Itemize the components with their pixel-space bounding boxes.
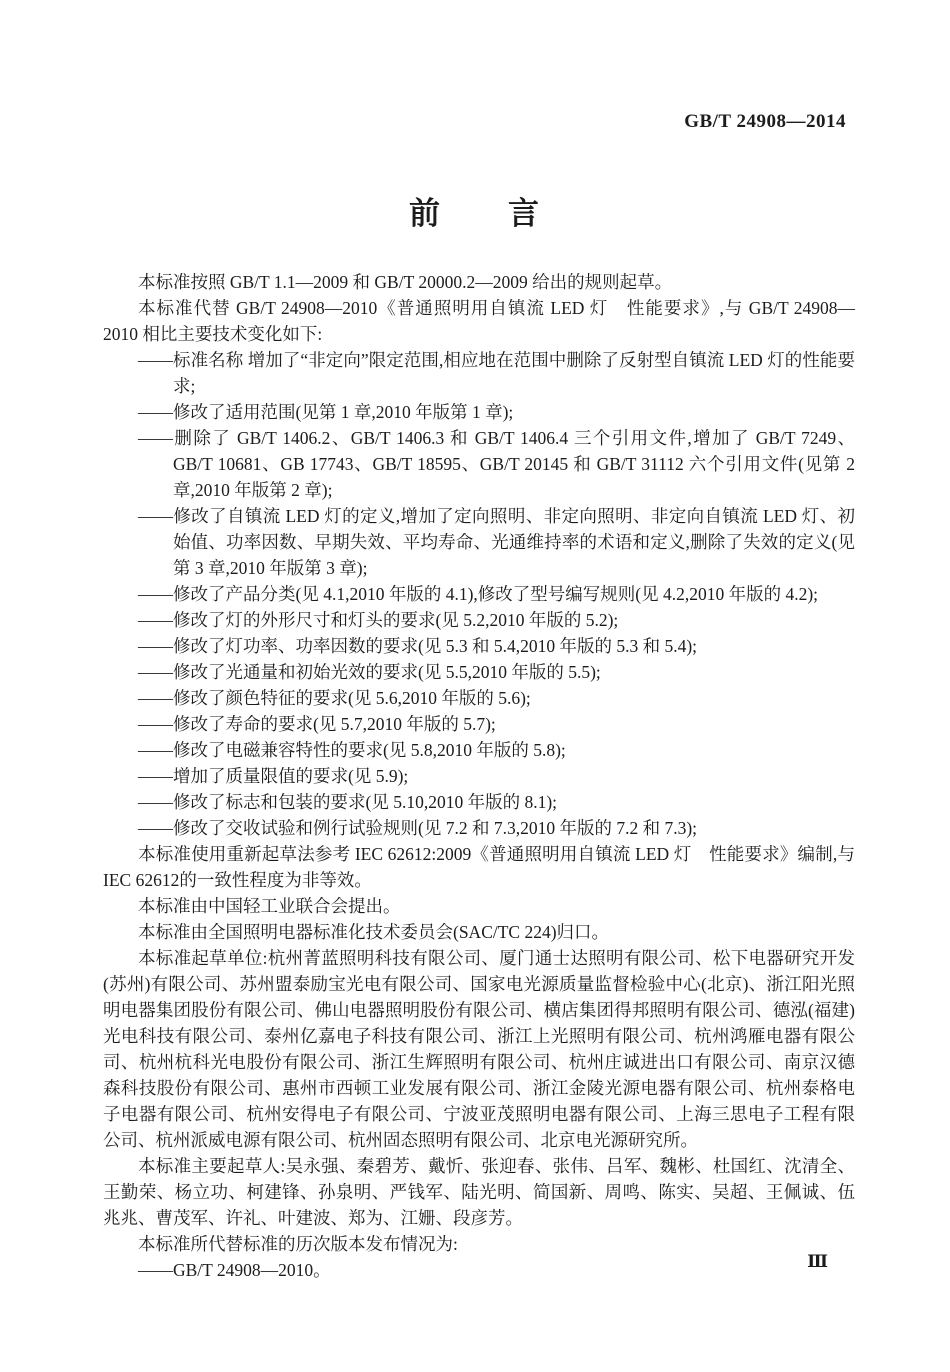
document-body: 本标准按照 GB/T 1.1—2009 和 GB/T 20000.2—2009 … xyxy=(103,269,855,1283)
page-title: 前 言 xyxy=(0,188,950,233)
change-list-item: ——修改了光通量和初始光效的要求(见 5.5,2010 年版的 5.5); xyxy=(103,659,855,685)
body-paragraph: 本标准代替 GB/T 24908—2010《普通照明用自镇流 LED 灯 性能要… xyxy=(103,295,855,347)
change-list-item: ——修改了颜色特征的要求(见 5.6,2010 年版的 5.6); xyxy=(103,685,855,711)
change-list-item: ——修改了标志和包装的要求(见 5.10,2010 年版的 8.1); xyxy=(103,789,855,815)
change-list-item: ——修改了电磁兼容特性的要求(见 5.8,2010 年版的 5.8); xyxy=(103,737,855,763)
change-list-item: ——修改了灯功率、功率因数的要求(见 5.3 和 5.4,2010 年版的 5.… xyxy=(103,633,855,659)
body-paragraph: 本标准由全国照明电器标准化技术委员会(SAC/TC 224)归口。 xyxy=(103,919,855,945)
body-paragraph: 本标准按照 GB/T 1.1—2009 和 GB/T 20000.2—2009 … xyxy=(103,269,855,295)
change-list-item: ——增加了质量限值的要求(见 5.9); xyxy=(103,763,855,789)
page-number: Ⅲ xyxy=(807,1252,828,1272)
change-list-item: ——修改了产品分类(见 4.1,2010 年版的 4.1),修改了型号编写规则(… xyxy=(103,581,855,607)
change-list-item: ——GB/T 24908—2010。 xyxy=(103,1257,855,1283)
change-list-item: ——修改了自镇流 LED 灯的定义,增加了定向照明、非定向照明、非定向自镇流 L… xyxy=(103,503,855,581)
standard-code: GB/T 24908—2014 xyxy=(684,111,846,133)
body-paragraph: 本标准所代替标准的历次版本发布情况为: xyxy=(103,1231,855,1257)
change-list-item: ——修改了交收试验和例行试验规则(见 7.2 和 7.3,2010 年版的 7.… xyxy=(103,815,855,841)
body-paragraph: 本标准由中国轻工业联合会提出。 xyxy=(103,893,855,919)
body-paragraph: 本标准起草单位:杭州菁蓝照明科技有限公司、厦门通士达照明有限公司、松下电器研究开… xyxy=(103,945,855,1153)
change-list-item: ——修改了适用范围(见第 1 章,2010 年版第 1 章); xyxy=(103,399,855,425)
document-page: GB/T 24908—2014 前 言 本标准按照 GB/T 1.1—2009 … xyxy=(0,0,950,1372)
change-list-item: ——标准名称 增加了“非定向”限定范围,相应地在范围中删除了反射型自镇流 LED… xyxy=(103,347,855,399)
change-list-item: ——删除了 GB/T 1406.2、GB/T 1406.3 和 GB/T 140… xyxy=(103,425,855,503)
body-paragraph: 本标准主要起草人:吴永强、秦碧芳、戴忻、张迎春、张伟、吕军、魏彬、杜国红、沈清全… xyxy=(103,1153,855,1231)
change-list-item: ——修改了灯的外形尺寸和灯头的要求(见 5.2,2010 年版的 5.2); xyxy=(103,607,855,633)
change-list-item: ——修改了寿命的要求(见 5.7,2010 年版的 5.7); xyxy=(103,711,855,737)
body-paragraph: 本标准使用重新起草法参考 IEC 62612:2009《普通照明用自镇流 LED… xyxy=(103,841,855,893)
